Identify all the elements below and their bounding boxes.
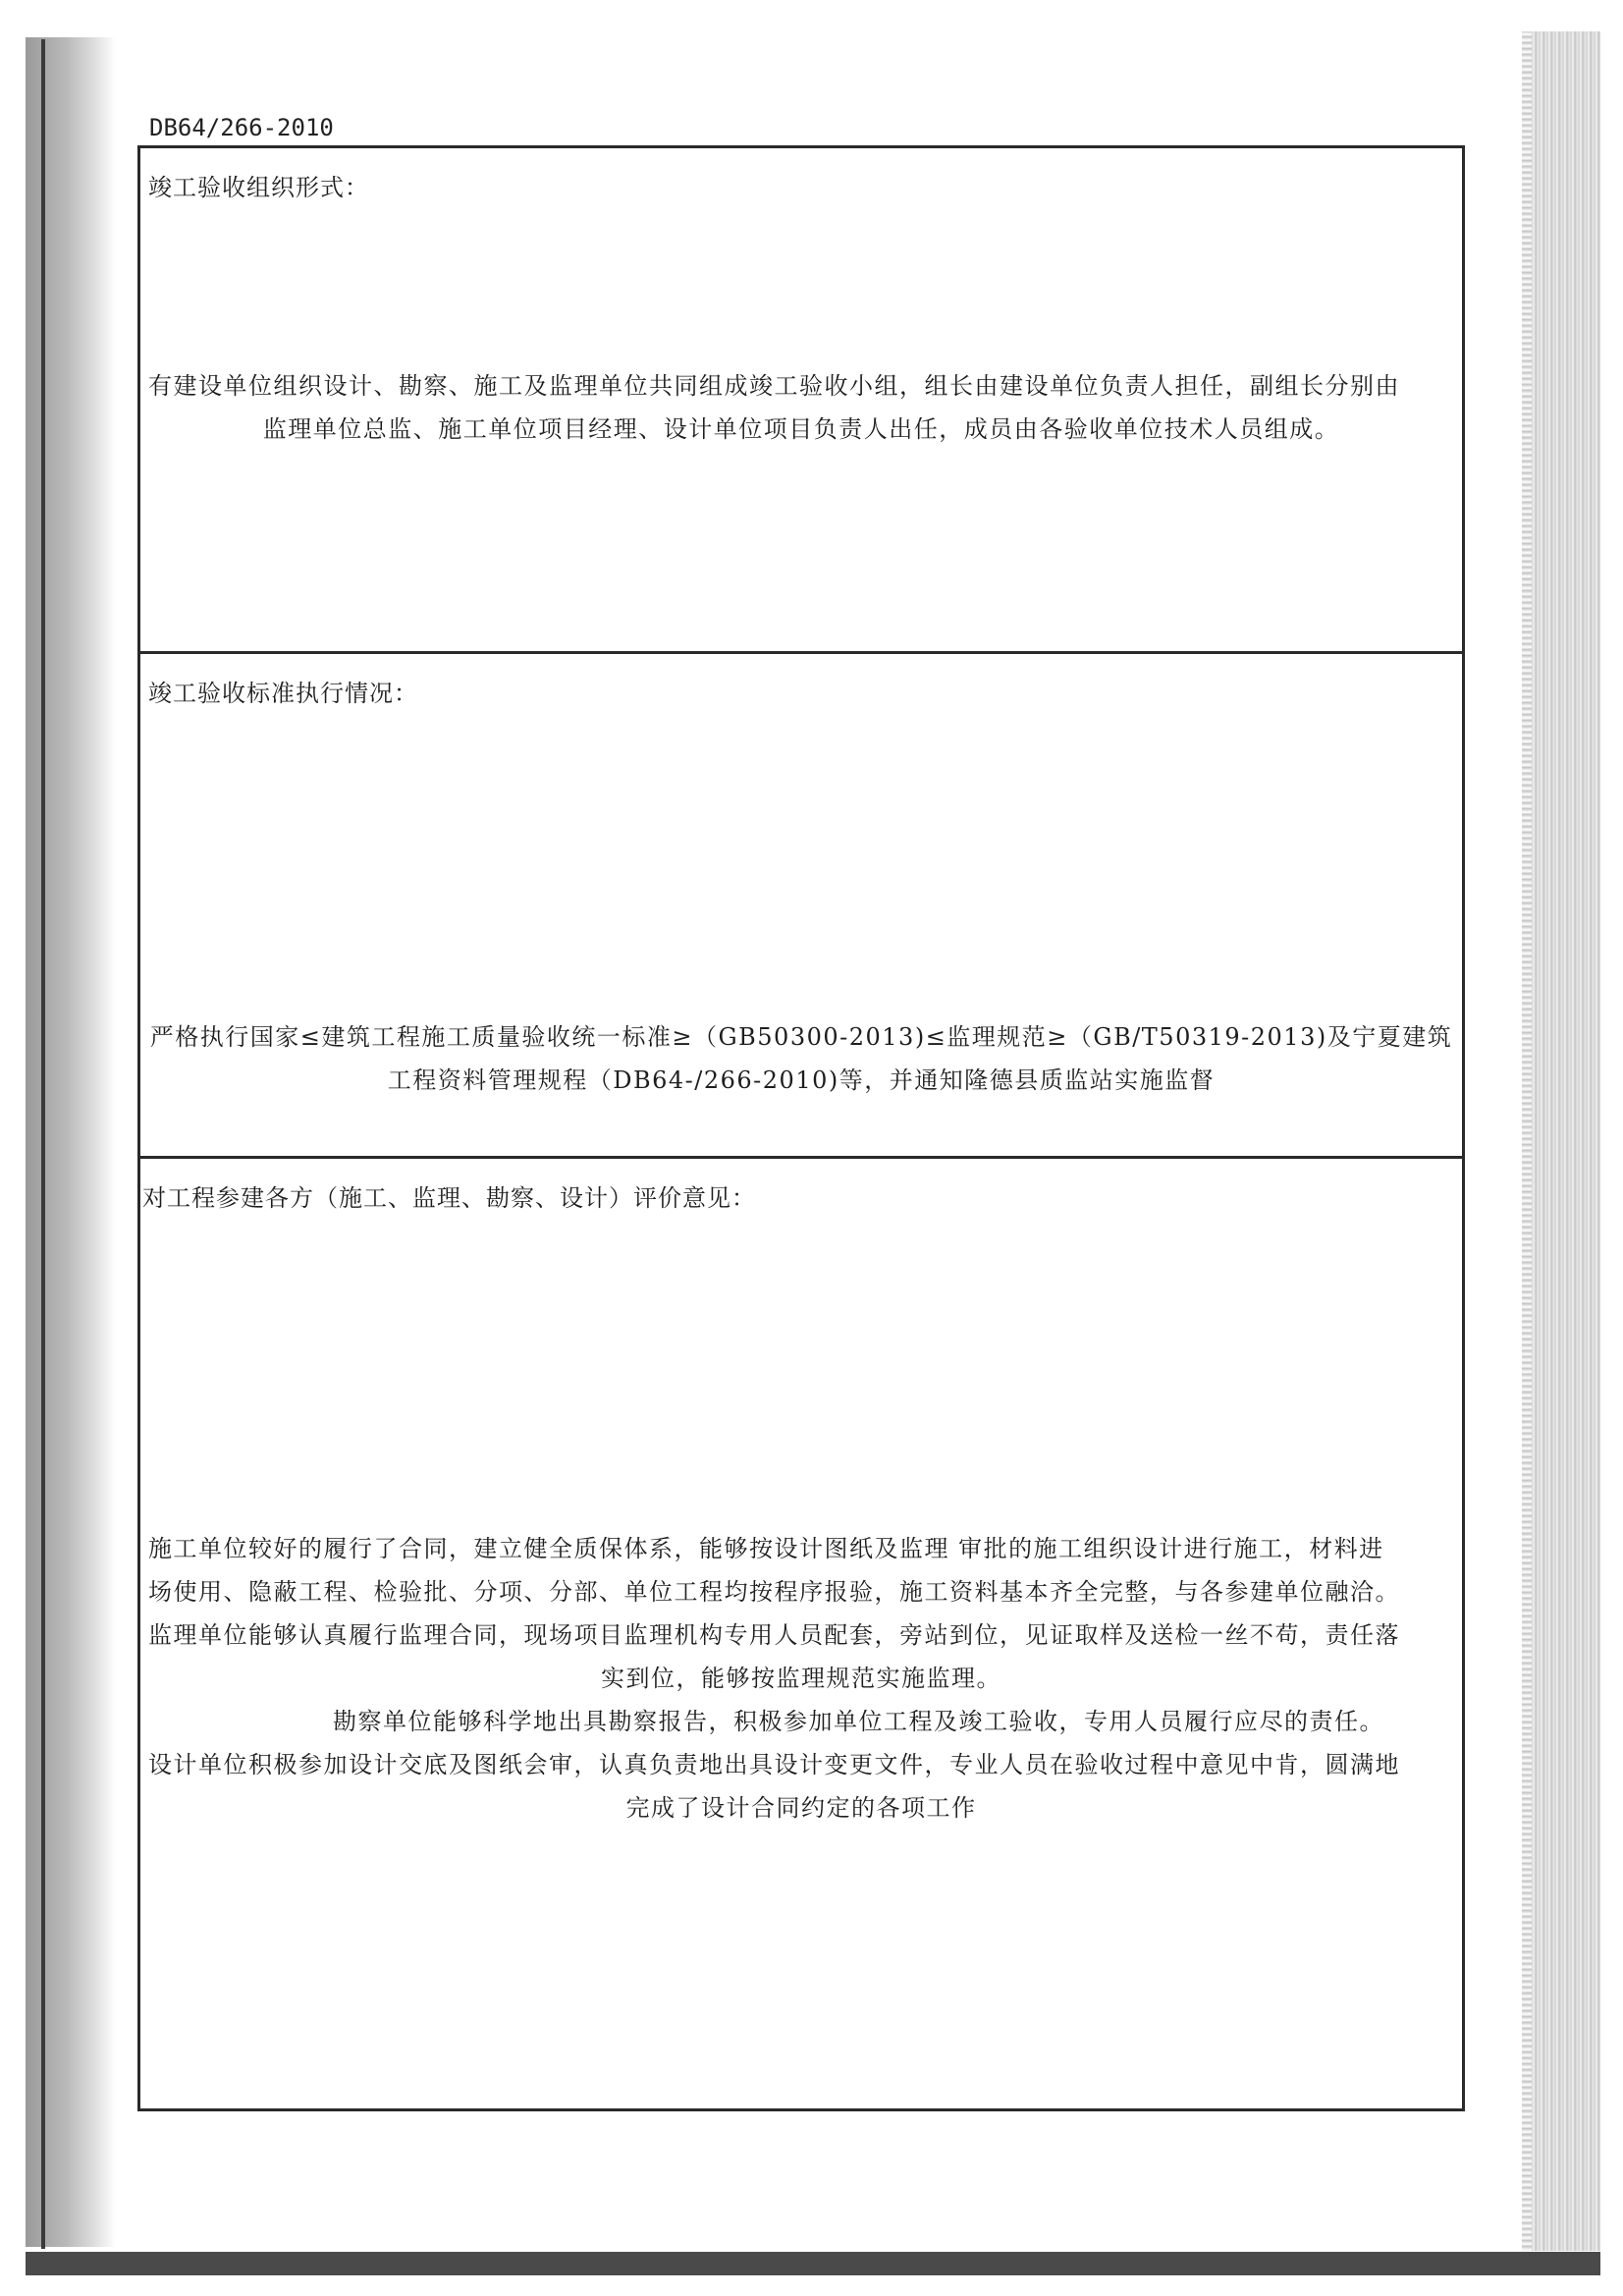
- text-line: 完成了设计合同约定的各项工作: [140, 1786, 1462, 1830]
- section-party-evaluation: 对工程参建各方（施工、监理、勘察、设计）评价意见： 施工单位较好的履行了合同，建…: [140, 1156, 1462, 2108]
- document-code: DB64/266-2010: [149, 114, 334, 141]
- scan-page-stack-edge: [1522, 31, 1600, 2251]
- section-organization-form: 竣工验收组织形式： 有建设单位组织设计、勘察、施工及监理单位共同组成竣工验收小组…: [140, 148, 1462, 651]
- section-body-standards-execution: 严格执行国家≤建筑工程施工质量验收统一标准≥（GB50300-2013)≤监理规…: [140, 1015, 1462, 1102]
- text-line: 施工单位较好的履行了合同，建立健全质保体系，能够按设计图纸及监理 审批的施工组织…: [140, 1527, 1462, 1570]
- text-line: 实到位，能够按监理规范实施监理。: [140, 1657, 1462, 1700]
- text-line: 勘察单位能够科学地出具勘察报告，积极参加单位工程及竣工验收，专用人员履行应尽的责…: [140, 1700, 1462, 1743]
- section-body-organization-form: 有建设单位组织设计、勘察、施工及监理单位共同组成竣工验收小组，组长由建设单位负责…: [140, 364, 1462, 451]
- scan-page-stack-inner: [1522, 31, 1532, 2251]
- acceptance-form-table: 竣工验收组织形式： 有建设单位组织设计、勘察、施工及监理单位共同组成竣工验收小组…: [137, 145, 1465, 2111]
- scan-binding-shadow: [26, 37, 116, 2247]
- text-line: 有建设单位组织设计、勘察、施工及监理单位共同组成竣工验收小组，组长由建设单位负责…: [140, 364, 1462, 408]
- text-line: 工程资料管理规程（DB64-/266-2010)等，并通知隆德县质监站实施监督: [140, 1059, 1462, 1102]
- section-body-party-evaluation: 施工单位较好的履行了合同，建立健全质保体系，能够按设计图纸及监理 审批的施工组织…: [140, 1527, 1462, 1830]
- section-label-standards-execution: 竣工验收标准执行情况：: [148, 674, 418, 708]
- text-line: 严格执行国家≤建筑工程施工质量验收统一标准≥（GB50300-2013)≤监理规…: [140, 1015, 1462, 1059]
- scan-binding-edge: [41, 39, 45, 2249]
- text-line: 设计单位积极参加设计交底及图纸会审，认真负责地出具设计变更文件，专业人员在验收过…: [140, 1743, 1462, 1786]
- section-standards-execution: 竣工验收标准执行情况： 严格执行国家≤建筑工程施工质量验收统一标准≥（GB503…: [140, 651, 1462, 1156]
- text-line: 监理单位总监、施工单位项目经理、设计单位项目负责人出任，成员由各验收单位技术人员…: [140, 408, 1462, 451]
- section-label-party-evaluation: 对工程参建各方（施工、监理、勘察、设计）评价意见：: [142, 1178, 756, 1213]
- scan-bottom-band: [26, 2252, 1600, 2275]
- text-line: 场使用、隐蔽工程、检验批、分项、分部、单位工程均按程序报验，施工资料基本齐全完整…: [140, 1570, 1462, 1613]
- text-line: 监理单位能够认真履行监理合同，现场项目监理机构专用人员配套，旁站到位，见证取样及…: [140, 1613, 1462, 1657]
- section-label-organization-form: 竣工验收组织形式：: [148, 168, 369, 202]
